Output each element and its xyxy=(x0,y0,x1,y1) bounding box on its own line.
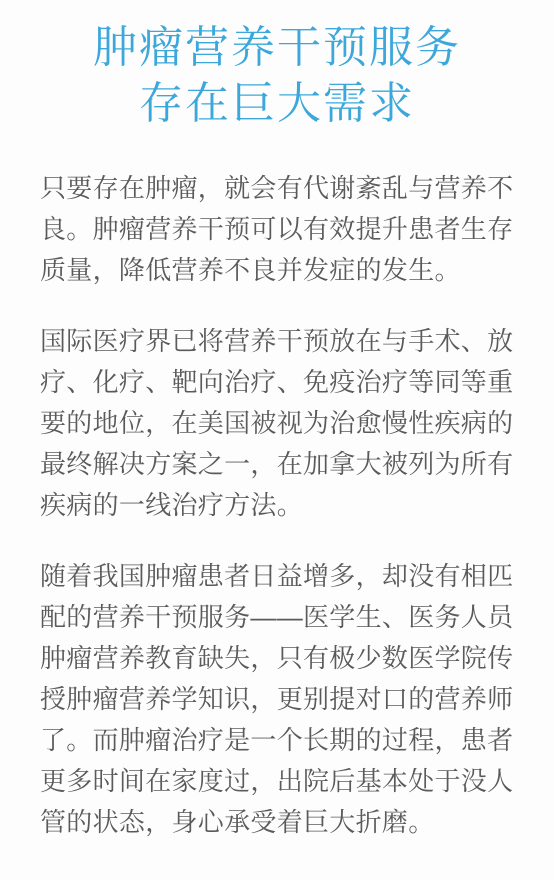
article-paragraph-2: 国际医疗界已将营养干预放在与手术、放疗、化疗、靶向治疗、免疫治疗等同等重要的地位… xyxy=(40,321,514,526)
article-paragraph-1: 只要存在肿瘤，就会有代谢紊乱与营养不良。肿瘤营养干预可以有效提升患者生存质量，降… xyxy=(40,168,514,291)
article-title-line-1: 肿瘤营养干预服务 xyxy=(40,20,514,76)
article-title: 肿瘤营养干预服务 存在巨大需求 xyxy=(40,20,514,132)
article-paragraph-3: 随着我国肿瘤患者日益增多，却没有相匹配的营养干预服务——医学生、医务人员肿瘤营养… xyxy=(40,556,514,843)
article-page: 肿瘤营养干预服务 存在巨大需求 只要存在肿瘤，就会有代谢紊乱与营养不良。肿瘤营养… xyxy=(0,0,554,880)
article-title-line-2: 存在巨大需求 xyxy=(40,76,514,132)
